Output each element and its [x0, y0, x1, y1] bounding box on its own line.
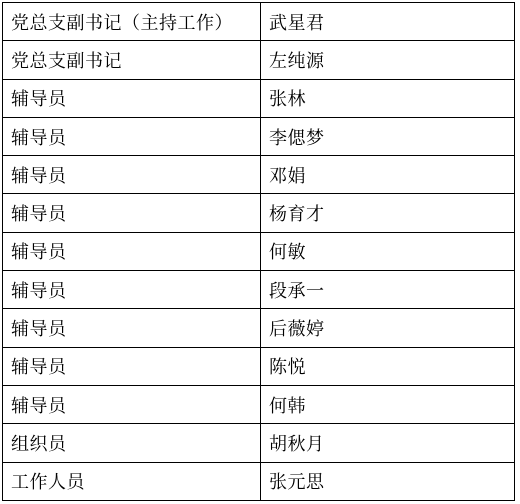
role-cell: 辅导员 [3, 117, 261, 155]
table-row: 辅导员 段承一 [3, 271, 515, 309]
role-cell: 工作人员 [3, 462, 261, 500]
table-row: 工作人员 张元思 [3, 462, 515, 500]
role-cell: 党总支副书记 [3, 41, 261, 79]
name-cell: 段承一 [261, 271, 515, 309]
name-cell: 杨育才 [261, 194, 515, 232]
name-cell: 邓娟 [261, 156, 515, 194]
role-cell: 辅导员 [3, 347, 261, 385]
role-cell: 辅导员 [3, 156, 261, 194]
name-cell: 左纯源 [261, 41, 515, 79]
name-cell: 李偲梦 [261, 117, 515, 155]
name-cell: 后薇婷 [261, 309, 515, 347]
role-cell: 辅导员 [3, 309, 261, 347]
table-row: 辅导员 何韩 [3, 385, 515, 423]
name-cell: 张林 [261, 79, 515, 117]
table-row: 辅导员 张林 [3, 79, 515, 117]
role-cell: 辅导员 [3, 79, 261, 117]
table-row: 辅导员 李偲梦 [3, 117, 515, 155]
role-cell: 辅导员 [3, 232, 261, 270]
role-cell: 党总支副书记（主持工作） [3, 3, 261, 41]
table-row: 辅导员 邓娟 [3, 156, 515, 194]
table-row: 辅导员 后薇婷 [3, 309, 515, 347]
name-cell: 胡秋月 [261, 424, 515, 462]
table-row: 辅导员 杨育才 [3, 194, 515, 232]
name-cell: 何韩 [261, 385, 515, 423]
table-row: 组织员 胡秋月 [3, 424, 515, 462]
role-cell: 辅导员 [3, 194, 261, 232]
staff-table-body: 党总支副书记（主持工作） 武星君 党总支副书记 左纯源 辅导员 张林 辅导员 李… [3, 3, 515, 501]
name-cell: 武星君 [261, 3, 515, 41]
name-cell: 陈悦 [261, 347, 515, 385]
staff-table: 党总支副书记（主持工作） 武星君 党总支副书记 左纯源 辅导员 张林 辅导员 李… [2, 2, 515, 501]
name-cell: 张元思 [261, 462, 515, 500]
table-row: 辅导员 何敏 [3, 232, 515, 270]
table-row: 辅导员 陈悦 [3, 347, 515, 385]
table-row: 党总支副书记 左纯源 [3, 41, 515, 79]
name-cell: 何敏 [261, 232, 515, 270]
role-cell: 组织员 [3, 424, 261, 462]
role-cell: 辅导员 [3, 271, 261, 309]
table-row: 党总支副书记（主持工作） 武星君 [3, 3, 515, 41]
role-cell: 辅导员 [3, 385, 261, 423]
